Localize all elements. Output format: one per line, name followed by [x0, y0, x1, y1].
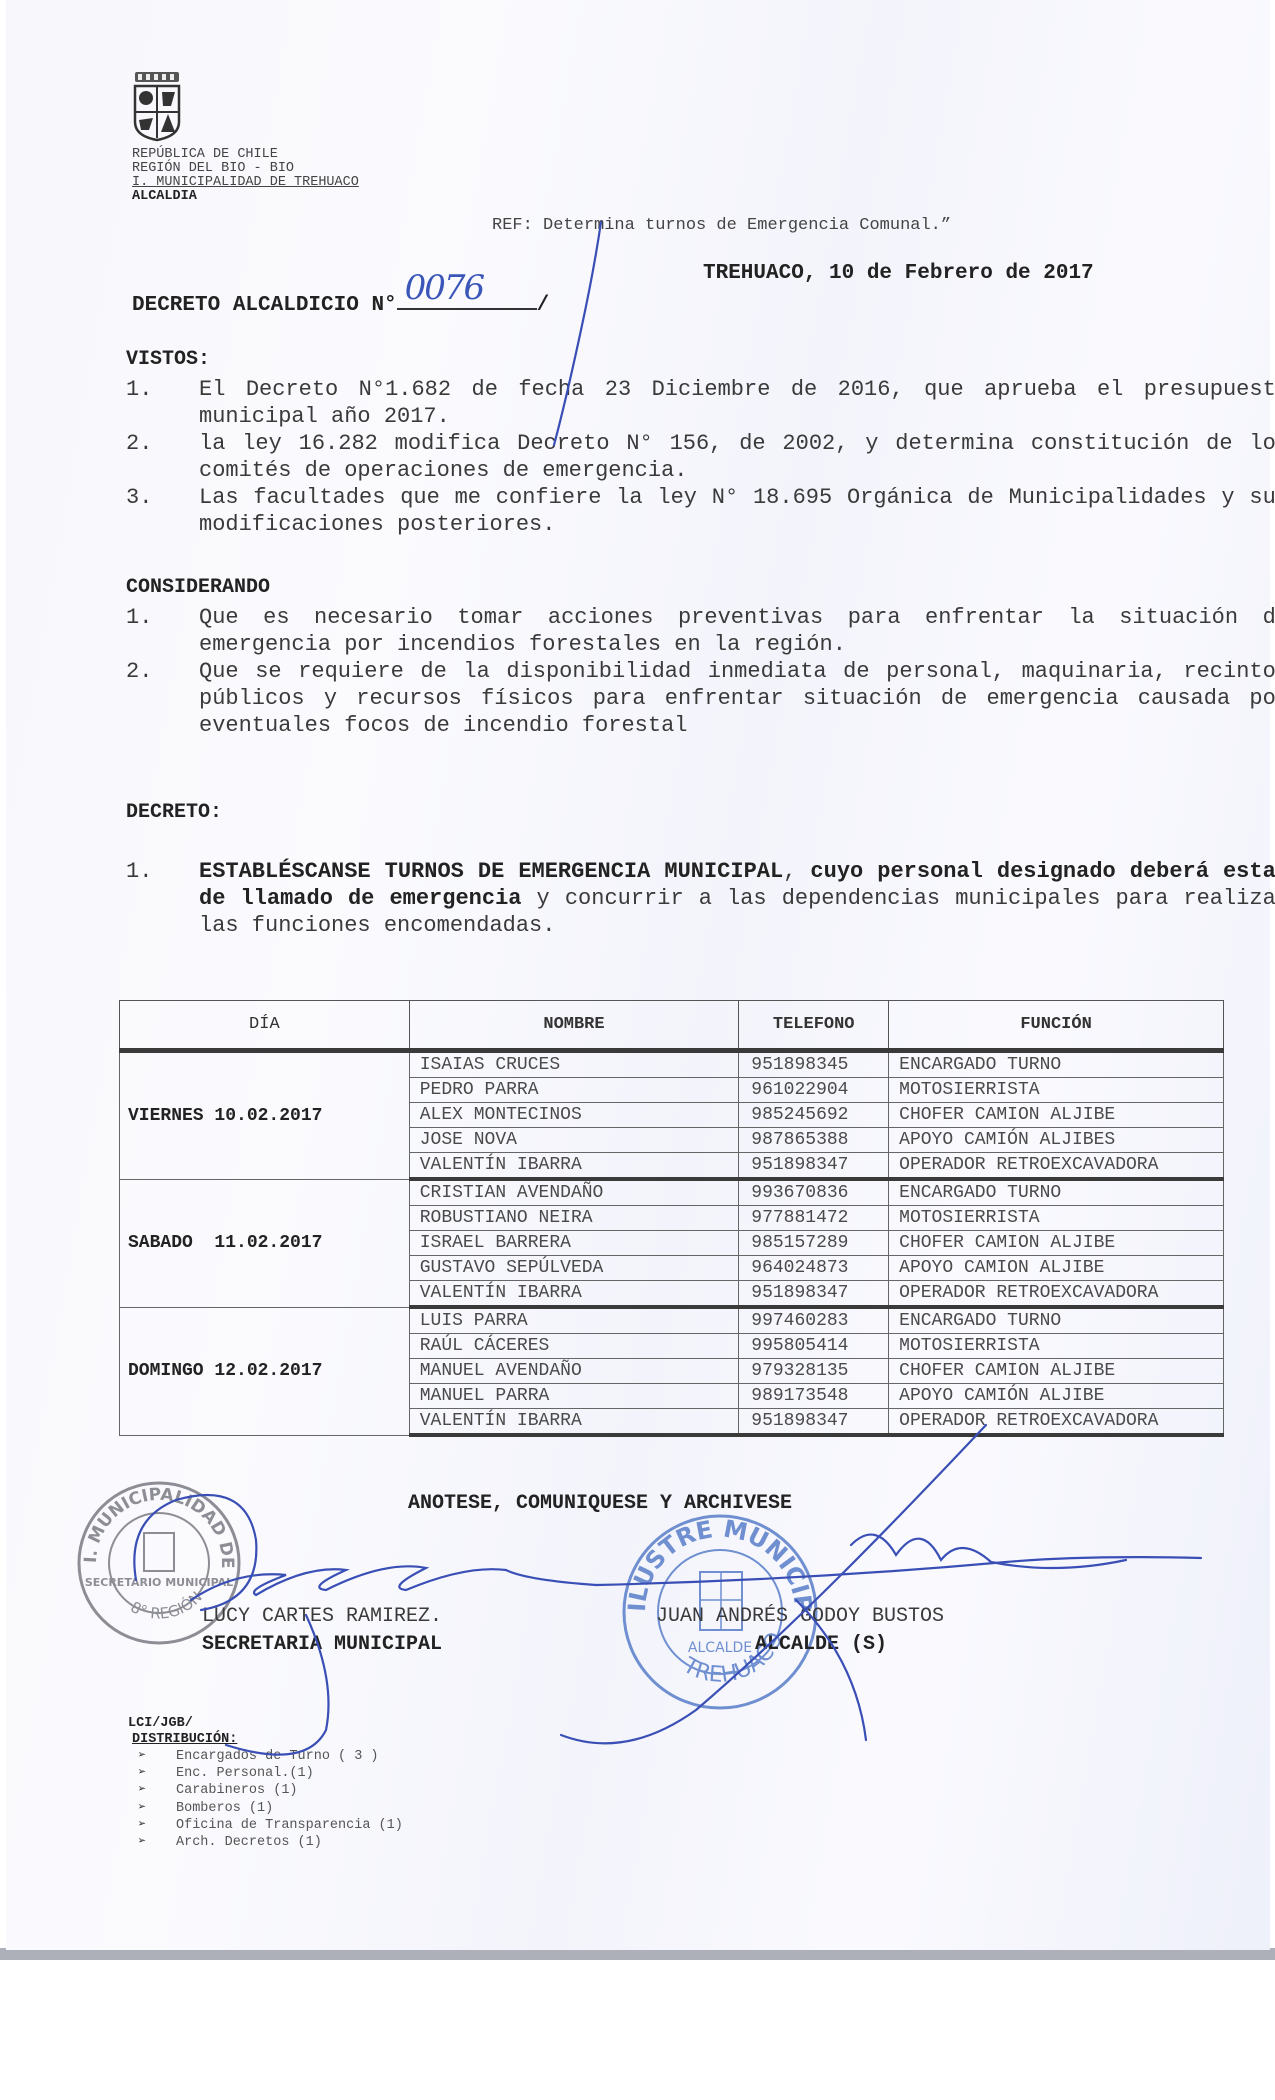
stamp-inner-text: ALCALDE [688, 1640, 752, 1656]
phone-cell: 951898347 [739, 1281, 889, 1308]
table-header-row: DÍA NOMBRE TELEFONO FUNCIÓN [120, 1001, 1224, 1051]
phone-cell: 977881472 [739, 1206, 889, 1231]
phone-cell: 951898347 [739, 1153, 889, 1180]
name-cell: VALENTÍN IBARRA [409, 1153, 739, 1180]
decree-number-field: 0076 [397, 290, 537, 310]
signatory-1-role: SECRETARIA MUNICIPAL [202, 1633, 442, 1656]
decree-label: DECRETO ALCALDICIO N° [132, 294, 397, 317]
table-row: VIERNES 10.02.2017ISAIAS CRUCES951898345… [120, 1051, 1224, 1078]
function-cell: OPERADOR RETROEXCAVADORA [889, 1281, 1224, 1308]
phone-cell: 979328135 [739, 1359, 889, 1384]
col-header-telefono: TELEFONO [739, 1001, 889, 1051]
considerando-item: 1.Que es necesario tomar acciones preven… [126, 604, 1275, 658]
name-cell: ROBUSTIANO NEIRA [409, 1206, 739, 1231]
table-row: SABADO 11.02.2017CRISTIAN AVENDAÑO993670… [120, 1179, 1224, 1206]
function-cell: CHOFER CAMION ALJIBE [889, 1359, 1224, 1384]
name-cell: RAÚL CÁCERES [409, 1334, 739, 1359]
secretary-signature [191, 1566, 596, 1600]
vistos-list: 1.El Decreto N°1.682 de fecha 23 Diciemb… [126, 376, 1275, 538]
vistos-title: VISTOS: [126, 348, 210, 371]
day-cell: SABADO 11.02.2017 [120, 1179, 410, 1307]
item-bold-text: ESTABLÉSCANSE TURNOS DE EMERGENCIA MUNIC… [199, 859, 783, 884]
phone-cell: 951898345 [739, 1051, 889, 1078]
day-cell: VIERNES 10.02.2017 [120, 1051, 410, 1180]
decree-number-handwritten: 0076 [405, 268, 484, 308]
svg-text:I. MUNICIPALIDAD DE TREHUACO: I. MUNICIPALIDAD DE TREHUACO [74, 1478, 237, 1569]
item-number: 1. [126, 376, 152, 403]
arrow-bullet-icon: ➢ [138, 1800, 176, 1817]
function-cell: APOYO CAMION ALJIBE [889, 1256, 1224, 1281]
distribution-item-text: Arch. Decretos (1) [176, 1835, 322, 1850]
signatory-2-name: JUAN ANDRÉS GODOY BUSTOS [656, 1605, 944, 1628]
country-line: REPÚBLICA DE CHILE [132, 148, 359, 162]
considerando-item: 2.Que se requiere de la disponibilidad i… [126, 658, 1275, 739]
stamp-inner-text: SECRETARIO MUNICIPAL [85, 1576, 233, 1589]
phone-cell: 997460283 [739, 1307, 889, 1334]
function-cell: MOTOSIERRISTA [889, 1078, 1224, 1103]
signatory-2-role: ALCALDE (S) [755, 1633, 887, 1656]
distribution-item-text: Encargados de Turno ( 3 ) [176, 1749, 379, 1764]
item-text: la ley 16.282 modifica Decreto N° 156, d… [199, 431, 1275, 483]
vistos-item: 1.El Decreto N°1.682 de fecha 23 Diciemb… [126, 376, 1275, 430]
vistos-item: 3.Las facultades que me confiere la ley … [126, 484, 1275, 538]
distribution-item-text: Enc. Personal.(1) [176, 1766, 314, 1781]
arrow-bullet-icon: ➢ [138, 1765, 176, 1782]
distribution-item: ➢Arch. Decretos (1) [138, 1834, 403, 1851]
item-number: 1. [126, 604, 152, 631]
document-page: REPÚBLICA DE CHILE REGIÓN DEL BIO - BIO … [6, 0, 1270, 1950]
function-cell: APOYO CAMIÓN ALJIBES [889, 1128, 1224, 1153]
phone-cell: 987865388 [739, 1128, 889, 1153]
distribution-item: ➢Bomberos (1) [138, 1800, 403, 1817]
reference-line: REF: Determina turnos de Emergencia Comu… [492, 216, 951, 235]
phone-cell: 993670836 [739, 1179, 889, 1206]
name-cell: MANUEL PARRA [409, 1384, 739, 1409]
decree-number-line: DECRETO ALCALDICIO N°0076/ [132, 290, 549, 317]
name-cell: PEDRO PARRA [409, 1078, 739, 1103]
item-text: , [783, 859, 810, 884]
name-cell: GUSTAVO SEPÚLVEDA [409, 1256, 739, 1281]
function-cell: OPERADOR RETROEXCAVADORA [889, 1409, 1224, 1436]
signatory-1-name: LUCY CARTES RAMIREZ. [202, 1605, 442, 1628]
phone-cell: 995805414 [739, 1334, 889, 1359]
municipality-line: I. MUNICIPALIDAD DE TREHUACO [132, 176, 359, 190]
table-body: VIERNES 10.02.2017ISAIAS CRUCES951898345… [120, 1051, 1224, 1436]
phone-cell: 961022904 [739, 1078, 889, 1103]
col-header-nombre: NOMBRE [409, 1001, 739, 1051]
item-text: Que se requiere de la disponibilidad inm… [199, 659, 1275, 738]
function-cell: ENCARGADO TURNO [889, 1307, 1224, 1334]
name-cell: ISRAEL BARRERA [409, 1231, 739, 1256]
distribution-item: ➢Enc. Personal.(1) [138, 1765, 403, 1782]
item-text: El Decreto N°1.682 de fecha 23 Diciembre… [199, 377, 1275, 429]
arrow-bullet-icon: ➢ [138, 1817, 176, 1834]
vistos-item: 2.la ley 16.282 modifica Decreto N° 156,… [126, 430, 1275, 484]
arrow-bullet-icon: ➢ [138, 1782, 176, 1799]
phone-cell: 985245692 [739, 1103, 889, 1128]
svg-text:ILUSTRE MUNICIPALIDAD: ILUSTRE MUNICIPALIDAD [620, 1512, 817, 1613]
col-header-funcion: FUNCIÓN [889, 1001, 1224, 1051]
distribution-item: ➢Encargados de Turno ( 3 ) [138, 1748, 403, 1765]
table-row: DOMINGO 12.02.2017LUIS PARRA997460283ENC… [120, 1307, 1224, 1334]
name-cell: JOSE NOVA [409, 1128, 739, 1153]
decreto-item: 1.ESTABLÉSCANSE TURNOS DE EMERGENCIA MUN… [126, 858, 1275, 939]
phone-cell: 985157289 [739, 1231, 889, 1256]
function-cell: OPERADOR RETROEXCAVADORA [889, 1153, 1224, 1180]
distribution-item: ➢Oficina de Transparencia (1) [138, 1817, 403, 1834]
office-line: ALCALDIA [132, 190, 359, 204]
distribution-item-text: Bomberos (1) [176, 1801, 273, 1816]
function-cell: APOYO CAMIÓN ALJIBE [889, 1384, 1224, 1409]
decree-suffix: / [537, 294, 550, 317]
emergency-shifts-table: DÍA NOMBRE TELEFONO FUNCIÓN VIERNES 10.0… [119, 1000, 1224, 1437]
item-number: 2. [126, 430, 152, 457]
distribution-item-text: Carabineros (1) [176, 1783, 298, 1798]
distribution-item: ➢Carabineros (1) [138, 1782, 403, 1799]
name-cell: VALENTÍN IBARRA [409, 1409, 739, 1436]
decreto-title: DECRETO: [126, 801, 222, 824]
function-cell: ENCARGADO TURNO [889, 1179, 1224, 1206]
name-cell: LUIS PARRA [409, 1307, 739, 1334]
day-cell: DOMINGO 12.02.2017 [120, 1307, 410, 1435]
stamp-bottom-text: 8° REGIÓN [128, 1588, 206, 1623]
stamp-outer-text: ILUSTRE MUNICIPALIDAD [620, 1512, 817, 1613]
function-cell: CHOFER CAMION ALJIBE [889, 1103, 1224, 1128]
col-header-dia: DÍA [120, 1001, 410, 1051]
coat-of-arms-icon [129, 70, 185, 142]
arrow-bullet-icon: ➢ [138, 1834, 176, 1851]
function-cell: CHOFER CAMION ALJIBE [889, 1231, 1224, 1256]
item-text: Las facultades que me confiere la ley N°… [199, 485, 1275, 537]
item-text: Que es necesario tomar acciones preventi… [199, 605, 1275, 657]
distribution-item-text: Oficina de Transparencia (1) [176, 1818, 403, 1833]
institution-header: REPÚBLICA DE CHILE REGIÓN DEL BIO - BIO … [132, 148, 359, 204]
region-line: REGIÓN DEL BIO - BIO [132, 162, 359, 176]
name-cell: VALENTÍN IBARRA [409, 1281, 739, 1308]
item-number: 3. [126, 484, 152, 511]
function-cell: ENCARGADO TURNO [889, 1051, 1224, 1078]
distribution-list: ➢Encargados de Turno ( 3 )➢Enc. Personal… [138, 1748, 403, 1851]
item-number: 1. [126, 858, 152, 885]
name-cell: MANUEL AVENDAÑO [409, 1359, 739, 1384]
distribution-title: DISTRIBUCIÓN: [132, 1732, 237, 1747]
place-date: TREHUACO, 10 de Febrero de 2017 [703, 262, 1094, 285]
phone-cell: 964024873 [739, 1256, 889, 1281]
function-cell: MOTOSIERRISTA [889, 1206, 1224, 1231]
name-cell: ISAIAS CRUCES [409, 1051, 739, 1078]
considerando-title: CONSIDERANDO [126, 576, 270, 599]
name-cell: ALEX MONTECINOS [409, 1103, 739, 1128]
phone-cell: 951898347 [739, 1409, 889, 1436]
arrow-bullet-icon: ➢ [138, 1748, 176, 1765]
author-initials: LCI/JGB/ [128, 1716, 193, 1731]
phone-cell: 989173548 [739, 1384, 889, 1409]
svg-text:8° REGIÓN: 8° REGIÓN [128, 1588, 206, 1623]
stamp-outer-text: I. MUNICIPALIDAD DE TREHUACO [74, 1478, 237, 1569]
function-cell: MOTOSIERRISTA [889, 1334, 1224, 1359]
decreto-list: 1.ESTABLÉSCANSE TURNOS DE EMERGENCIA MUN… [126, 858, 1275, 939]
item-number: 2. [126, 658, 152, 685]
considerando-list: 1.Que es necesario tomar acciones preven… [126, 604, 1275, 739]
name-cell: CRISTIAN AVENDAÑO [409, 1179, 739, 1206]
mayor-signature-wave [851, 1535, 1126, 1568]
